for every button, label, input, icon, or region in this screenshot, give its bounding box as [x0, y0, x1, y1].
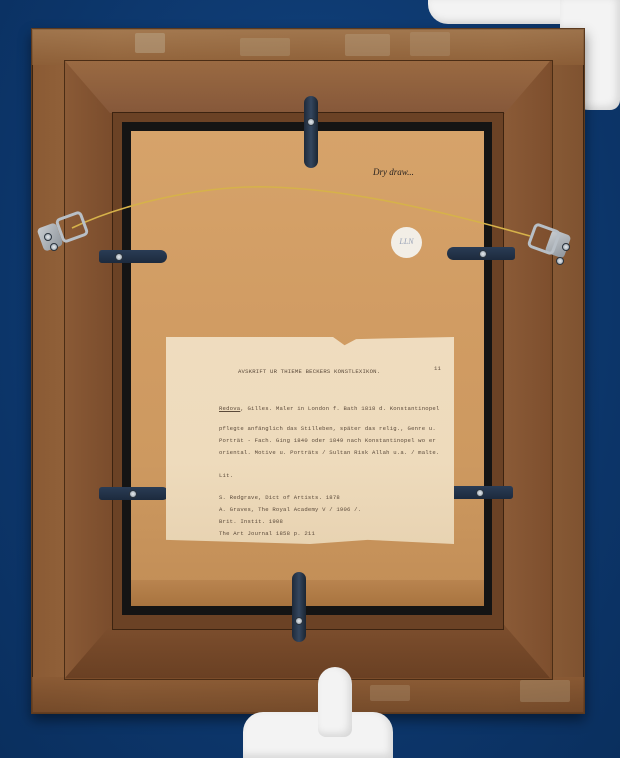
label-heading: AVSKRIFT UR THIEME BECKERS KONSTLEXIKON.	[238, 368, 380, 375]
screw-icon	[50, 243, 58, 251]
label-line: pflegte anfänglich das Stilleben, später…	[219, 425, 436, 432]
typed-provenance-label: AVSKRIFT UR THIEME BECKERS KONSTLEXIKON.…	[166, 337, 454, 544]
screw-icon	[129, 490, 137, 498]
screw-icon	[562, 243, 570, 251]
glove-finger-pointing	[318, 667, 352, 737]
label-lit-line: The Art Journal 1858 p. 211	[219, 530, 315, 537]
label-line: Redova, Gilles. Maler in London f. Bath …	[219, 405, 440, 412]
label-lit-line: A. Graves, The Royal Academy V / 1906 /.	[219, 506, 361, 513]
label-lit-heading: Lit.	[219, 472, 233, 479]
label-line: Porträt - Fach. Ging 1840 oder 1849 nach…	[219, 437, 436, 444]
screw-icon	[556, 257, 564, 265]
label-corner-mark: 11	[434, 365, 441, 372]
screw-icon	[479, 250, 487, 258]
turn-clip-top	[304, 96, 318, 168]
screw-icon	[476, 489, 484, 497]
label-lit-line: S. Redgrave, Dict of Artists. 1878	[219, 494, 340, 501]
screw-icon	[115, 253, 123, 261]
turn-clip-bottom	[292, 572, 306, 642]
screw-icon	[295, 617, 303, 625]
label-lit-line: Brit. Instit. 1908	[219, 518, 283, 525]
label-line: oriental. Motive u. Porträts / Sultan Ri…	[219, 449, 440, 456]
screw-icon	[44, 233, 52, 241]
turn-clip-left-upper	[99, 250, 167, 263]
screw-icon	[307, 118, 315, 126]
